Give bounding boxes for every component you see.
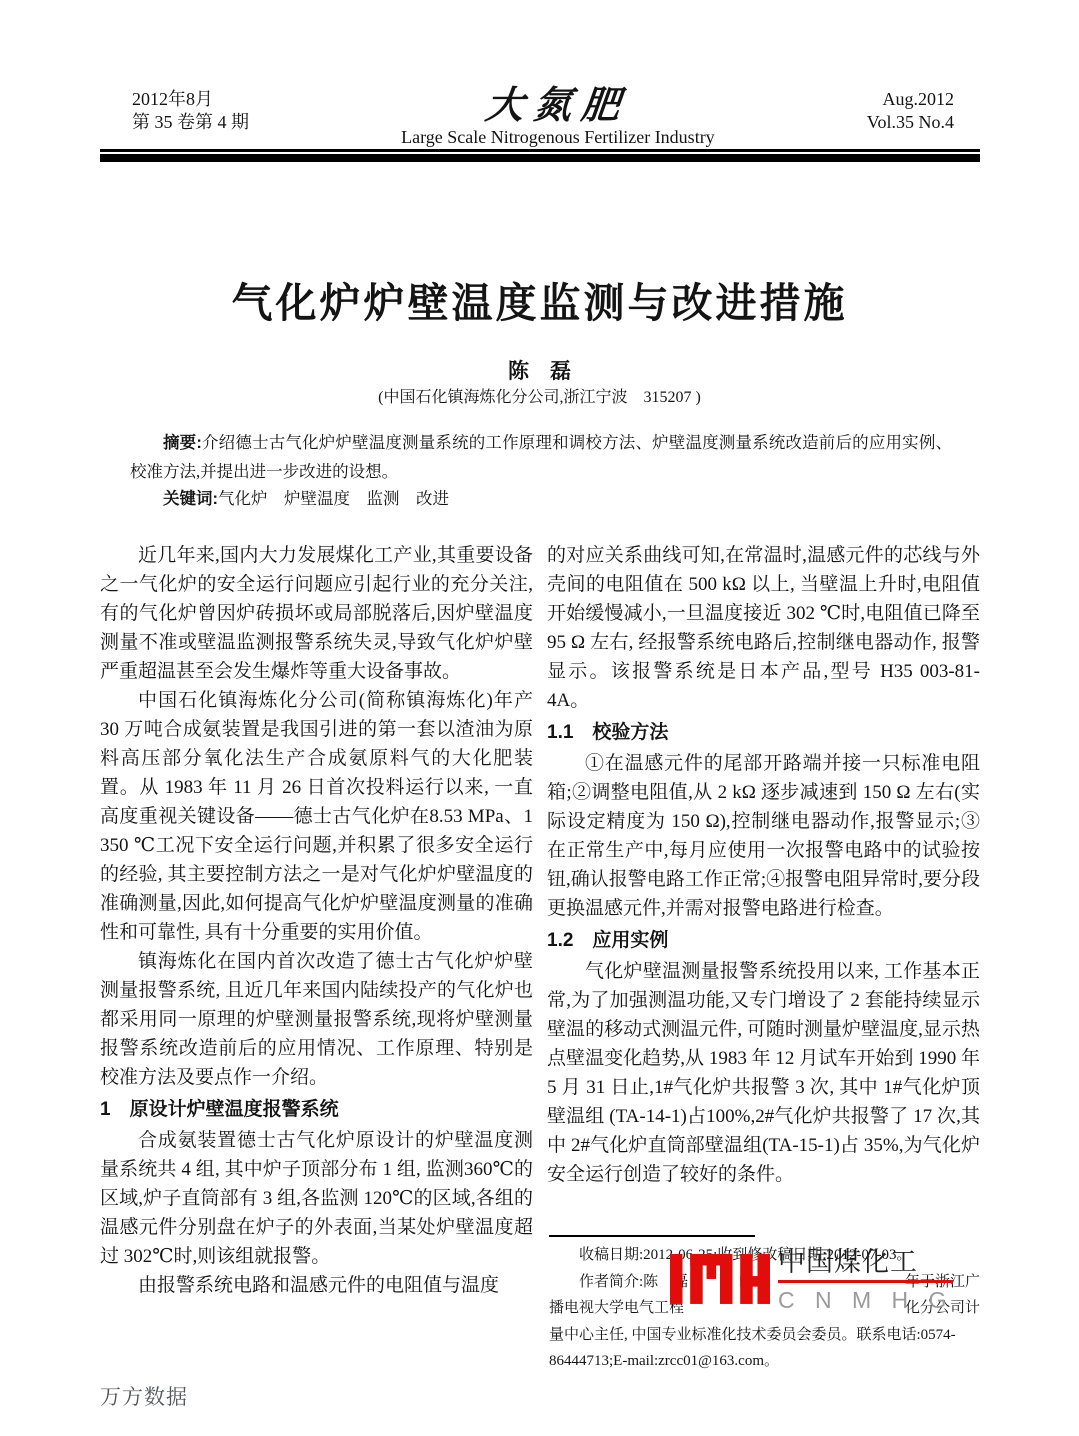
paragraph: 由报警系统电路和温感元件的电阻值与温度 bbox=[100, 1271, 533, 1300]
header-issue-cn: 第 35 卷第 4 期 bbox=[132, 111, 249, 134]
abstract-text: 介绍德士古气化炉炉壁温度测量系统的工作原理和调校方法、炉壁温度测量系统改造前后的… bbox=[130, 433, 952, 481]
journal-page: 2012年8月 第 35 卷第 4 期 大氮肥 Large Scale Nitr… bbox=[0, 0, 1079, 1436]
section-heading-1-2: 1.2 应用实例 bbox=[547, 926, 980, 955]
header-vol-en: Vol.35 No.4 bbox=[867, 111, 954, 134]
header-issue-block: 2012年8月 第 35 卷第 4 期 bbox=[100, 88, 249, 134]
paragraph: 近几年来,国内大力发展煤化工产业,其重要设备之一气化炉的安全运行问题应引起行业的… bbox=[100, 541, 533, 686]
section-heading-1-1: 1.1 校验方法 bbox=[547, 718, 980, 747]
section-heading-1: 1 原设计炉壁温度报警系统 bbox=[100, 1095, 533, 1124]
page-title: 气化炉炉壁温度监测与改进措施 bbox=[0, 270, 1079, 329]
right-column: 的对应关系曲线可知,在常温时,温感元件的芯线与外壳间的电阻值在 500 kΩ 以… bbox=[547, 541, 980, 1300]
author-affiliation: (中国石化镇海炼化分公司,浙江宁波 315207 ) bbox=[0, 384, 1079, 407]
header-rule-thick bbox=[100, 154, 980, 162]
footnote-text-fragment: 播电视大学电气工程 bbox=[549, 1295, 684, 1322]
author-name: 陈 磊 bbox=[0, 355, 1079, 385]
header-date-en: Aug.2012 bbox=[867, 88, 954, 111]
paragraph: 气化炉壁温测量报警系统投用以来, 工作基本正常,为了加强测温功能,又专门增设了 … bbox=[547, 957, 980, 1189]
cnmhg-brand-cn: 中国煤化工 bbox=[778, 1247, 953, 1283]
abstract-paragraph: 摘要:介绍德士古气化炉炉壁温度测量系统的工作原理和调校方法、炉壁温度测量系统改造… bbox=[130, 429, 952, 485]
left-column: 近几年来,国内大力发展煤化工产业,其重要设备之一气化炉的安全运行问题应引起行业的… bbox=[100, 541, 533, 1300]
paragraph: 镇海炼化在国内首次改造了德士古气化炉炉壁测量报警系统, 且近几年来国内陆续投产的… bbox=[100, 947, 533, 1092]
cnmhg-watermark-text: 中国煤化工 C N M H G bbox=[778, 1247, 953, 1315]
keywords-text: 气化炉 炉壁温度 监测 改进 bbox=[218, 489, 449, 508]
body-columns: 近几年来,国内大力发展煤化工产业,其重要设备之一气化炉的安全运行问题应引起行业的… bbox=[100, 541, 980, 1300]
journal-name-en: Large Scale Nitrogenous Fertilizer Indus… bbox=[401, 127, 715, 148]
cnmhg-logo-icon bbox=[670, 1247, 770, 1314]
paragraph: 的对应关系曲线可知,在常温时,温感元件的芯线与外壳间的电阻值在 500 kΩ 以… bbox=[547, 541, 980, 715]
journal-logo: 大氮肥 bbox=[483, 74, 633, 129]
header-journal-block: 大氮肥 Large Scale Nitrogenous Fertilizer I… bbox=[401, 74, 715, 148]
abstract-block: 摘要:介绍德士古气化炉炉壁温度测量系统的工作原理和调校方法、炉壁温度测量系统改造… bbox=[130, 429, 952, 514]
keywords-paragraph: 关键词:气化炉 炉壁温度 监测 改进 bbox=[130, 485, 952, 514]
cnmhg-watermark: 中国煤化工 C N M H G bbox=[670, 1247, 953, 1315]
journal-header: 2012年8月 第 35 卷第 4 期 大氮肥 Large Scale Nitr… bbox=[100, 88, 980, 148]
footnote-contact-line: 86444713;E-mail:zrcc01@163.com。 bbox=[549, 1348, 980, 1375]
footnote-rule bbox=[549, 1235, 755, 1237]
header-rule-thin bbox=[100, 149, 980, 152]
footnote-author-bio-line: 量中心主任, 中国专业标准化技术委员会委员。联系电话:0574- bbox=[549, 1322, 980, 1349]
paragraph: 中国石化镇海炼化分公司(简称镇海炼化)年产 30 万吨合成氨装置是我国引进的第一… bbox=[100, 686, 533, 947]
paragraph: ①在温感元件的尾部开路端并接一只标准电阻箱;②调整电阻值,从 2 kΩ 逐步减速… bbox=[547, 749, 980, 923]
keywords-label: 关键词: bbox=[163, 490, 218, 508]
header-volume-block: Aug.2012 Vol.35 No.4 bbox=[867, 88, 980, 134]
cnmhg-brand-en: C N M H G bbox=[778, 1285, 953, 1315]
header-date-cn: 2012年8月 bbox=[132, 88, 249, 111]
paragraph: 合成氨装置德士古气化炉原设计的炉壁温度测量系统共 4 组, 其中炉子顶部分布 1… bbox=[100, 1126, 533, 1271]
wanfang-watermark: 万方数据 bbox=[100, 1381, 188, 1411]
abstract-label: 摘要: bbox=[163, 434, 202, 452]
